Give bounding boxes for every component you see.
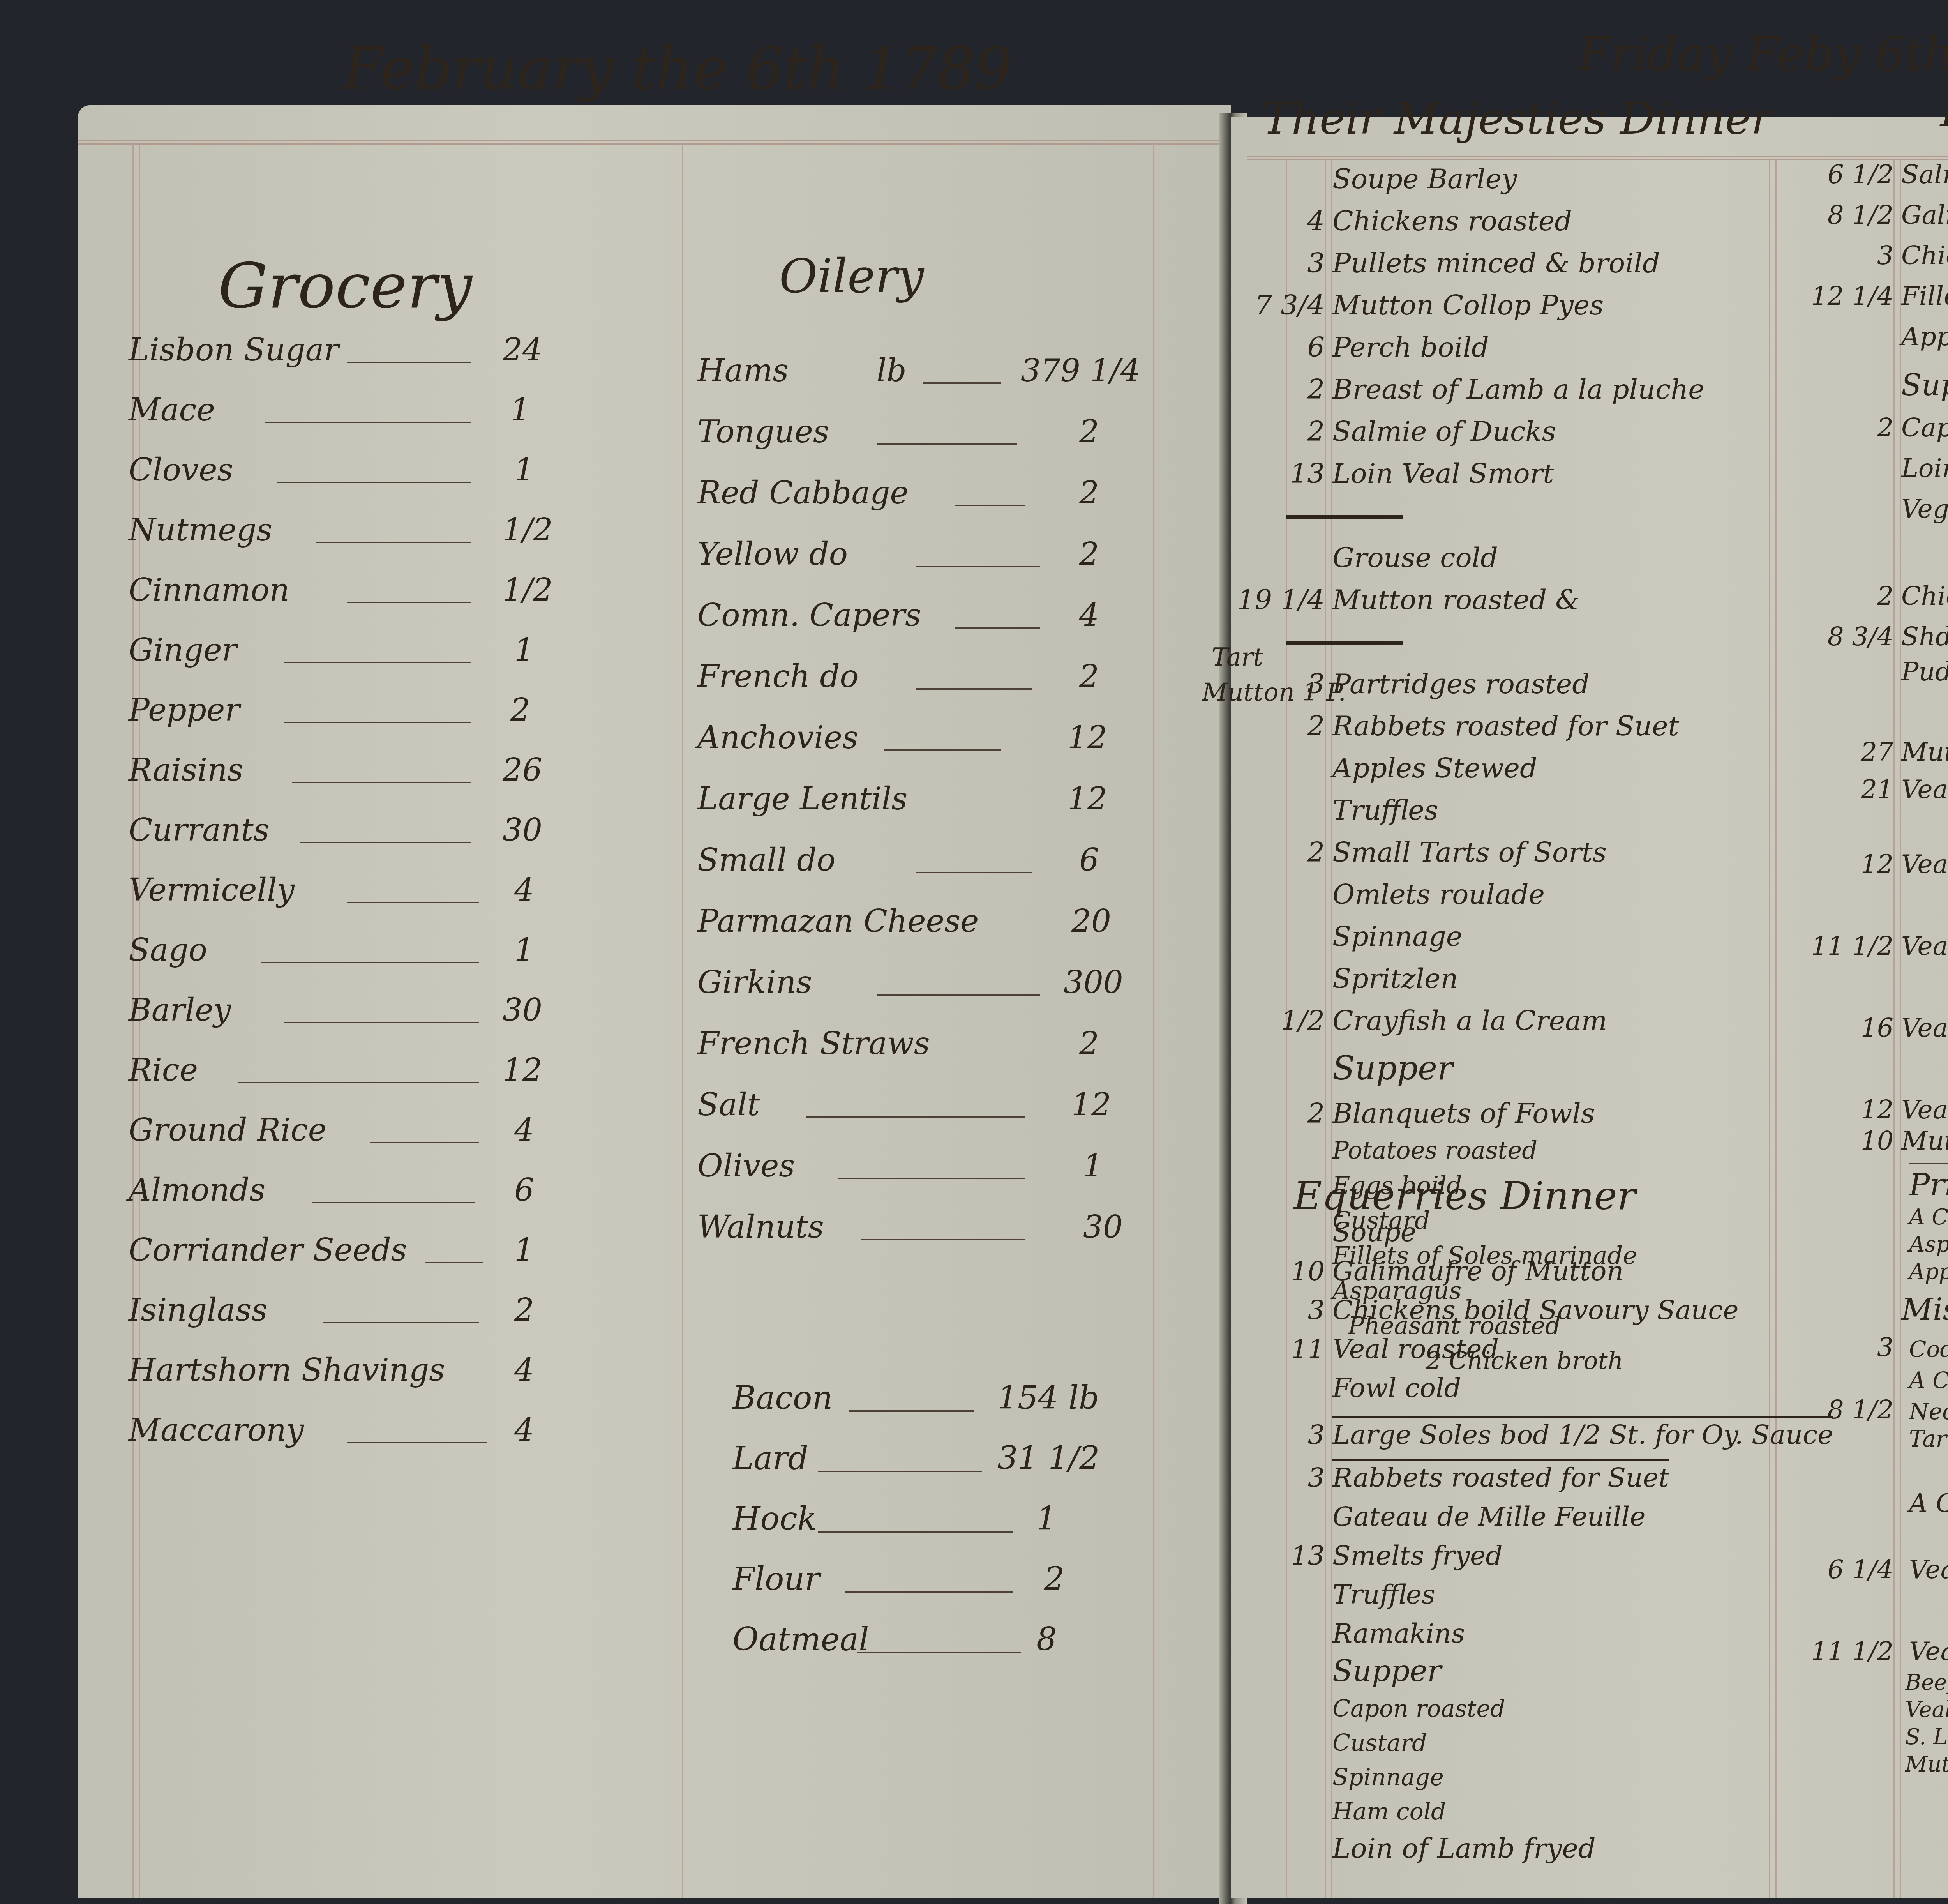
menu-row: 3Chickens boild Savoury Sauce xyxy=(1332,1290,1839,1329)
menu-row: 4Chickens roasted xyxy=(1332,198,1761,240)
menu-row: Loin Lamb fryed xyxy=(1901,446,1948,486)
list-item: Currants30 xyxy=(129,792,557,852)
menu-row: 2Blanquets of Fowls xyxy=(1332,1090,1761,1132)
menu-row: 10Mutton boild & xyxy=(1901,1128,1948,1159)
menu-row: 13Loin Veal Smort xyxy=(1332,450,1761,493)
menu-row: Apples Stewed xyxy=(1332,745,1761,787)
list-item: Maccarony4 xyxy=(129,1392,557,1452)
menu-row: A Chicken cold xyxy=(1901,1490,1948,1521)
list-item: Sago1 xyxy=(129,912,557,972)
menu-row: Fowl cold xyxy=(1332,1368,1839,1407)
course-divider xyxy=(1332,493,1761,535)
equerries-dinner-list: Soupe 10Galimaufre of Mutton 3Chickens b… xyxy=(1332,1212,1839,1867)
menu-row: 11 1/2Veal roasted & & xyxy=(1901,925,1948,964)
menu-row: Spinnage xyxy=(1332,913,1761,956)
right-date-heading: Friday Feby 6th 1789 xyxy=(1578,27,1948,81)
list-item: Large Lentils12 xyxy=(697,759,1145,821)
section-heading-princess-dinner: Princess's Dinner xyxy=(1901,1159,1948,1206)
list-item: French do2 xyxy=(697,637,1145,698)
menu-row: 7 3/4Mutton Collop Pyes xyxy=(1332,282,1761,324)
menu-row: 1/2Crayfish a la Cream xyxy=(1332,998,1761,1040)
list-item: Almonds6 xyxy=(129,1152,557,1212)
menu-row: Truffles xyxy=(1332,787,1761,829)
menu-row: 8 1/2Galimaufre of Mutton xyxy=(1901,193,1948,233)
grocery-list: Lisbon Sugar24 Mace1 Cloves1 Nutmegs1/2 … xyxy=(129,312,557,1452)
oilery-heading: Oilery xyxy=(779,249,924,304)
menu-row: 10Galimaufre of Mutton xyxy=(1332,1251,1839,1290)
menu-row: Vegetables xyxy=(1901,486,1948,527)
list-item: Mutton for broth18 xyxy=(1905,1754,1948,1781)
list-item: Walnuts30 xyxy=(697,1188,1145,1249)
menu-row: Tart xyxy=(1901,1428,1948,1455)
column-rule-left-3 xyxy=(1153,144,1154,1898)
list-item: Oatmeal8 xyxy=(732,1602,1122,1662)
menu-row: Grouse cold xyxy=(1332,535,1761,577)
list-item: French Straws2 xyxy=(697,1004,1145,1065)
list-item: Ginger1 xyxy=(129,612,557,672)
left-date-heading: February the 6th 1789 xyxy=(343,35,1012,103)
list-item: Rice12 xyxy=(129,1032,557,1092)
column-rule-right-4 xyxy=(1893,160,1901,1898)
list-item: Pepper2 xyxy=(129,672,557,732)
menu-row: 11Veal roasted xyxy=(1332,1329,1839,1368)
menu-row: Soupe xyxy=(1332,1212,1839,1251)
list-item: Beef13 1/2 xyxy=(1905,1672,1948,1699)
section-heading-clerk-kitchen: Clk of the Kitchen xyxy=(1901,527,1948,574)
menu-row: A Capon roasted xyxy=(1901,1365,1948,1397)
majesties-dinner-heading: Their Majesties Dinner xyxy=(1262,94,1772,144)
menu-row: Ramakins xyxy=(1332,1613,1839,1652)
menu-row: 3Cod boild for Sh. Sauce xyxy=(1901,1330,1948,1365)
list-item: Ground Rice4 xyxy=(129,1092,557,1152)
menu-row: Gateau de Mille Feuille xyxy=(1332,1496,1839,1535)
list-item: Isinglass2 xyxy=(129,1272,557,1332)
menu-row: 16Veal roasted & & xyxy=(1901,1007,1948,1046)
course-divider xyxy=(1332,619,1761,661)
list-item: Cinnamon1/2 xyxy=(129,552,557,612)
menu-row: 27Mutton roasted xyxy=(1901,733,1948,770)
list-item: Parmazan Cheese20 xyxy=(697,882,1145,943)
menu-row: A Chicken boild xyxy=(1901,1206,1948,1233)
menu-row: 13Smelts fryed xyxy=(1332,1535,1839,1574)
menu-row: 6Perch boild xyxy=(1332,324,1761,366)
section-heading-dressing-servants: Dressg. Servts. xyxy=(1901,1046,1948,1097)
menu-row: 6 1/2Salmon boild for St. Pg. Sauce xyxy=(1901,152,1948,193)
menu-row: Spinnage xyxy=(1332,1760,1839,1794)
menu-row: 2Small Tarts of Sorts xyxy=(1332,829,1761,871)
menu-row: 3Rabbets roasted for Suet xyxy=(1332,1454,1839,1496)
list-item: Anchovies12 xyxy=(697,698,1145,759)
list-item: Bacon154 lb xyxy=(732,1360,1122,1420)
supper-heading: Supper xyxy=(1901,355,1948,405)
menu-row: Capon roasted xyxy=(1332,1691,1839,1726)
menu-row: Asparagus & roast Potatoes xyxy=(1901,1233,1948,1260)
supper-heading: Supper xyxy=(1332,1040,1761,1090)
menu-row: 2Salmie of Ducks xyxy=(1332,408,1761,450)
column-rule-left-2 xyxy=(682,144,683,1898)
section-heading-princess-servants: Princess's Servts. xyxy=(1901,1588,1948,1630)
menu-row: Potatoes roasted xyxy=(1332,1132,1761,1167)
menu-row: Apple Dumplins xyxy=(1901,1260,1948,1288)
menu-row: 8 3/4Shd. Mutton rod xyxy=(1901,614,1948,655)
list-item: Raisins26 xyxy=(129,732,557,792)
soupe-list: Beef13 1/2 Veal29 1/4 S. Loin Beef22for … xyxy=(1905,1672,1948,1781)
list-item: Flour2 xyxy=(732,1541,1122,1602)
menu-row: 3Chickens Savoury Sauce xyxy=(1901,233,1948,274)
list-item: Barley30 xyxy=(129,972,557,1032)
pages-dinner-list: 6 1/2Salmon boild for St. Pg. Sauce 8 1/… xyxy=(1901,152,1948,1701)
list-item: Hock1 xyxy=(732,1481,1122,1541)
menu-row: Truffles xyxy=(1332,1574,1839,1613)
menu-row: Loin of Lamb fryed xyxy=(1332,1828,1839,1867)
list-item: Yellow do2 xyxy=(697,515,1145,576)
menu-row: 12Veal roasted & xyxy=(1901,1097,1948,1128)
list-item: Corriander Seeds1 xyxy=(129,1212,557,1272)
column-rule-right-2 xyxy=(1325,160,1332,1898)
list-item: Salt12 xyxy=(697,1065,1145,1127)
menu-row: Custard xyxy=(1332,1726,1839,1760)
provisions-list: Bacon154 lb Lard31 1/2 Hock1 Flour2 Oatm… xyxy=(732,1360,1122,1662)
list-item: Cloves1 xyxy=(129,432,557,492)
oilery-list: Hamslb379 1/4 Tongues2 Red Cabbage2 Yell… xyxy=(697,331,1145,1249)
list-item: Veal29 1/4 xyxy=(1905,1699,1948,1726)
menu-row: 8 1/2Neck Mutton roasted xyxy=(1901,1397,1948,1428)
list-item: Mace1 xyxy=(129,372,557,432)
list-item: Tongues2 xyxy=(697,392,1145,454)
header-rule-left xyxy=(78,140,1219,145)
menu-row: Pudg xyxy=(1901,655,1948,690)
supper-heading: Supper xyxy=(1332,1652,1839,1691)
menu-row: 19 1/4Mutton roasted & xyxy=(1332,577,1761,619)
section-heading-supper: Supper xyxy=(1901,1455,1948,1490)
menu-row: 21Veal boild & xyxy=(1901,770,1948,807)
list-item: Nutmegs1/2 xyxy=(129,492,557,552)
margin-note-tart: Tart xyxy=(1212,643,1263,672)
list-item: S. Loin Beef22for the King xyxy=(1905,1726,1948,1754)
section-heading-kitchen-2: Kitchen xyxy=(1901,1521,1948,1553)
list-item: Vermicelly4 xyxy=(129,852,557,912)
list-item: Small do6 xyxy=(697,821,1145,882)
grocery-heading: Grocery xyxy=(218,249,472,322)
section-heading-miss-goldsworthy: Miss Goldsworthy xyxy=(1901,1288,1948,1330)
list-item: Lisbon Sugar24 xyxy=(129,312,557,372)
section-heading-kings-grooms: Kings Grooms xyxy=(1901,882,1948,925)
menu-row: Omlets roulade xyxy=(1332,871,1761,913)
menu-row: Spritzlen xyxy=(1332,956,1761,998)
menu-row: 2Breast of Lamb a la pluche xyxy=(1332,366,1761,408)
list-item: Comn. Capers4 xyxy=(697,576,1145,637)
menu-row: 3Pullets minced & broild xyxy=(1332,240,1761,282)
list-item: Red Cabbage2 xyxy=(697,454,1145,515)
menu-row: 12Veal roasted & xyxy=(1901,845,1948,882)
list-item: Lard31 1/2 xyxy=(732,1420,1122,1481)
menu-row: Ham cold xyxy=(1332,1794,1839,1828)
menu-row: 2Rabbets roasted for Suet xyxy=(1332,703,1761,745)
menu-row: 3Large Soles bod 1/2 St. for Oy. Sauce xyxy=(1332,1407,1839,1454)
list-item: Girkins300 xyxy=(697,943,1145,1004)
menu-row: Soupe Barley xyxy=(1332,156,1761,198)
menu-row: 2Chicken boild & Bacon xyxy=(1901,574,1948,614)
menu-row: 3Partridges roasted xyxy=(1332,661,1761,703)
menu-row: 12 1/4Fillet of Veal rod for Suet xyxy=(1901,274,1948,314)
list-item: Hamslb379 1/4 xyxy=(697,331,1145,392)
list-item: Hartshorn Shavings4 xyxy=(129,1332,557,1392)
menu-row: 11 1/2Veal roasted & xyxy=(1901,1630,1948,1669)
list-item: Olives1 xyxy=(697,1127,1145,1188)
section-heading-footmen: Footmen xyxy=(1901,807,1948,845)
menu-row: 2Capons cold xyxy=(1901,405,1948,446)
pages-dinner-heading: Pages Dinner xyxy=(1940,86,1948,136)
menu-row: Apple Pye & Tartlets xyxy=(1901,314,1948,355)
section-heading-kitchen: Kitchen xyxy=(1901,690,1948,733)
section-heading-queens-grooms: Queens Grooms xyxy=(1901,964,1948,1007)
menu-row: 6 1/4Veal roasted xyxy=(1901,1553,1948,1588)
